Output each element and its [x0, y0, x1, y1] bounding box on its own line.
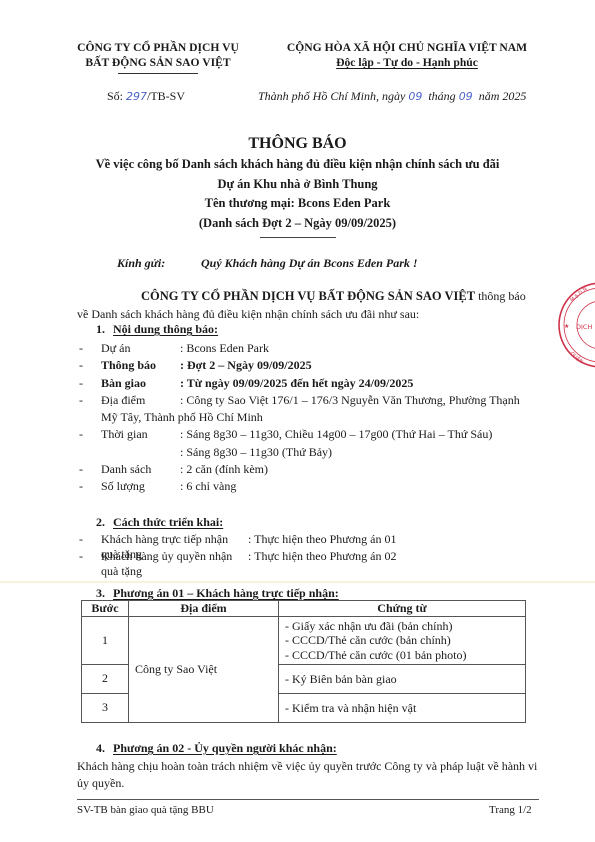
section-2-heading: 2.Cách thức triển khai: — [96, 515, 223, 530]
document-subtitle: Về việc công bố Danh sách khách hàng đủ … — [40, 155, 555, 233]
deployment-method-list: -Khách hàng trực tiếp nhận quà tặng: Thự… — [77, 532, 547, 567]
intro-paragraph: CÔNG TY CỔ PHẦN DỊCH VỤ BẤT ĐỘNG SẢN SAO… — [77, 287, 537, 323]
document-title: THÔNG BÁO — [0, 134, 595, 154]
list-item: -Danh sách: 2 căn (đính kèm) — [77, 462, 547, 479]
footer-document-code: SV-TB bàn giao quà tặng BBU — [77, 804, 214, 818]
list-item: -Thời gian: Sáng 8g30 – 11g30, Chiều 14g… — [77, 427, 547, 444]
section-3-heading: 3.Phương án 01 – Khách hàng trực tiếp nh… — [96, 586, 339, 601]
documents-cell: Kiểm tra và nhận hiện vật — [279, 693, 526, 722]
nation-motto: Độc lập - Tự do - Hạnh phúc — [336, 56, 478, 69]
table-row: 1 Công ty Sao Việt Giấy xác nhận ưu đãi … — [82, 617, 526, 665]
company-name-header: CÔNG TY CỔ PHẦN DỊCH VỤ BẤT ĐỘNG SẢN SAO… — [68, 40, 248, 70]
list-item: -Dự án: Bcons Eden Park — [77, 341, 547, 358]
date-line: Thành phố Hồ Chí Minh, ngày 09 tháng 09 … — [258, 89, 526, 104]
list-item: -Số lượng: 6 chỉ vàng — [77, 479, 547, 496]
recipient: Quý Khách hàng Dự án Bcons Eden Park ! — [201, 256, 418, 270]
table-header-row: Bước Địa điểm Chứng từ — [82, 601, 526, 617]
svg-text:DỊCH: DỊCH — [576, 323, 592, 331]
company-line-2: BẤT ĐỘNG SẢN SAO VIỆT — [68, 55, 248, 70]
national-header: CỘNG HÒA XÃ HỘI CHỦ NGHĨA VIỆT NAM Độc l… — [262, 40, 552, 70]
title-divider — [260, 237, 336, 238]
company-line-1: CÔNG TY CỔ PHẦN DỊCH VỤ — [68, 40, 248, 55]
greeting: Kính gửi:Quý Khách hàng Dự án Bcons Eden… — [117, 256, 418, 271]
list-item: -Bàn giao: Từ ngày 09/09/2025 đến hết ng… — [77, 376, 547, 393]
col-header-location: Địa điểm — [129, 601, 279, 617]
document-number: Số: 297/TB-SV — [107, 89, 185, 104]
scan-band — [0, 581, 595, 583]
page-number: Trang 1/2 — [489, 804, 532, 818]
section-4-heading: 4.Phương án 02 - Ủy quyền người khác nhậ… — [96, 741, 337, 756]
step-cell: 1 — [82, 617, 129, 665]
svg-text:★: ★ — [564, 323, 569, 330]
documents-cell: Giấy xác nhận ưu đãi (bản chính) CCCD/Th… — [279, 617, 526, 665]
handwritten-number: 297 — [126, 90, 147, 103]
list-item: -Khách hàng trực tiếp nhận quà tặng: Thự… — [77, 532, 547, 549]
list-item-continuation: Mỹ Tây, Thành phố Hồ Chí Minh — [77, 410, 547, 427]
list-item-continuation: : Sáng 8g30 – 11g30 (Thứ Bảy) — [77, 445, 547, 462]
col-header-documents: Chứng từ — [279, 601, 526, 617]
section-1-heading: 1.Nội dung thông báo: — [96, 322, 218, 337]
list-item: -Địa điểm: Công ty Sao Việt 176/1 – 176/… — [77, 393, 547, 410]
nation-name: CỘNG HÒA XÃ HỘI CHỦ NGHĨA VIỆT NAM — [262, 40, 552, 55]
intro-company: CÔNG TY CỔ PHẦN DỊCH VỤ BẤT ĐỘNG SẢN SAO… — [141, 289, 475, 303]
footer-divider — [77, 799, 539, 800]
notice-details-list: -Dự án: Bcons Eden Park -Thông báo: Đợt … — [77, 341, 547, 497]
company-seal-icon: ★ DỊCH M.S.D.N QUẬN — [556, 280, 595, 370]
step-cell: 2 — [82, 664, 129, 693]
list-item: -Thông báo: Đợt 2 – Ngày 09/09/2025 — [77, 358, 547, 375]
handwritten-day: 09 — [408, 90, 422, 103]
step-cell: 3 — [82, 693, 129, 722]
list-item: -Khách hàng ủy quyền nhận quà tặng: Thực… — [77, 549, 547, 566]
col-header-step: Bước — [82, 601, 129, 617]
section-4-paragraph: Khách hàng chịu hoàn toàn trách nhiệm về… — [77, 758, 543, 792]
location-cell: Công ty Sao Việt — [129, 617, 279, 723]
company-divider — [118, 73, 198, 74]
handwritten-month: 09 — [459, 90, 473, 103]
procedure-table: Bước Địa điểm Chứng từ 1 Công ty Sao Việ… — [81, 600, 526, 723]
documents-cell: Ký Biên bản bàn giao — [279, 664, 526, 693]
